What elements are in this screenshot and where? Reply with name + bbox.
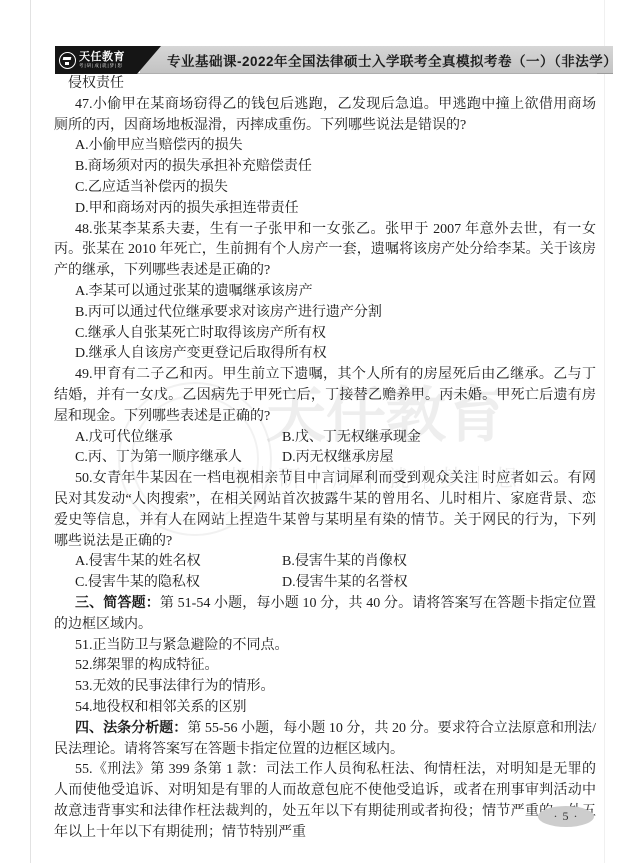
logo-diagonal-wedge [137,46,161,74]
question-50-options-row-1: A.侵害牛某的姓名权 B.侵害牛某的肖像权 [54,552,596,573]
question-48-text: 48.张某李某系夫妻，生有一子张甲和一女张乙。张甲于 2007 年意外去世，有一… [54,220,596,282]
question-47-option-a: A.小偷甲应当赔偿丙的损失 [54,136,596,157]
question-48-option-a: A.李某可以通过张某的遗嘱继承该房产 [54,282,596,303]
graduation-cap-emblem-icon [59,52,76,69]
question-49-option-a: A.戊可代位继承 [75,428,282,449]
question-50-option-a: A.侵害牛某的姓名权 [75,552,282,573]
question-49-option-b: B.戊、丁无权继承现金 [282,428,596,449]
question-51: 51.正当防卫与紧急避险的不同点。 [54,636,596,657]
question-47-option-b: B.商场须对丙的损失承担补充赔偿责任 [54,157,596,178]
question-49-options-row-1: A.戊可代位继承 B.戊、丁无权继承现金 [54,428,596,449]
question-48-option-b: B.丙可以通过代位继承要求对该房产进行遗产分割 [54,303,596,324]
brand-logo: 天任教育 考|研|成|就|梦|想 [55,46,137,74]
section-3-label: 三、简答题： [75,596,160,611]
question-49-text: 49.甲育有二子乙和丙。甲生前立下遗嘱，其个人所有的房屋死后由乙继承。乙与丁结婚… [54,365,596,427]
question-50-option-d: D.侵害牛某的名誉权 [282,573,596,594]
page-header: 专业基础课-2022年全国法律硕士入学联考全真模拟考卷（一）（非法学） 天任教育… [55,46,597,74]
section-4-label: 四、法条分析题： [75,721,187,736]
question-50-option-c: C.侵害牛某的隐私权 [75,573,282,594]
question-50-text: 50.女青年牛某因在一档电视相亲节目中言词犀利而受到观众关注 时应者如云。有网民… [54,469,596,552]
question-52: 52.绑架罪的构成特征。 [54,656,596,677]
exam-body: 侵权责任 47.小偷甲在某商场窃得乙的钱包后逃跑，乙发现后急追。甲逃跑中撞上欲借… [54,74,596,843]
question-53: 53.无效的民事法律行为的情形。 [54,677,596,698]
question-48-option-d: D.继承人自该房产变更登记后取得所有权 [54,344,596,365]
section-4-heading: 四、法条分析题：第 55-56 小题，每小题 10 分，共 20 分。要求符合立… [54,719,596,761]
question-49-option-d: D.丙无权继承房屋 [282,448,596,469]
exam-title: 专业基础课-2022年全国法律硕士入学联考全真模拟考卷（一）（非法学） [167,46,613,73]
question-54: 54.地役权和相邻关系的区别 [54,698,596,719]
previous-question-tail: 侵权责任 [54,74,596,95]
page-left-edge [30,0,31,863]
brand-text-group: 天任教育 考|研|成|就|梦|想 [79,52,125,69]
question-50-options-row-2: C.侵害牛某的隐私权 D.侵害牛某的名誉权 [54,573,596,594]
question-47-option-c: C.乙应适当补偿丙的损失 [54,178,596,199]
question-49-options-row-2: C.丙、丁为第一顺序继承人 D.丙无权继承房屋 [54,448,596,469]
question-47-option-d: D.甲和商场对丙的损失承担连带责任 [54,199,596,220]
question-50-option-b: B.侵害牛某的肖像权 [282,552,596,573]
question-47-text: 47.小偷甲在某商场窃得乙的钱包后逃跑，乙发现后急追。甲逃跑中撞上欲借用商场厕所… [54,95,596,137]
question-55-text: 55.《刑法》第 399 条第 1 款：司法工作人员徇私枉法、徇情枉法，对明知是… [54,760,596,843]
page-right-edge [604,0,605,863]
question-48-option-c: C.继承人自张某死亡时取得该房产所有权 [54,324,596,345]
brand-slogan-small: 考|研|成|就|梦|想 [79,64,125,69]
brand-name: 天任教育 [79,52,125,63]
page-number-badge: · 5 · [538,806,594,827]
question-49-option-c: C.丙、丁为第一顺序继承人 [75,448,282,469]
section-3-heading: 三、简答题：第 51-54 小题，每小题 10 分，共 40 分。请将答案写在答… [54,594,596,636]
